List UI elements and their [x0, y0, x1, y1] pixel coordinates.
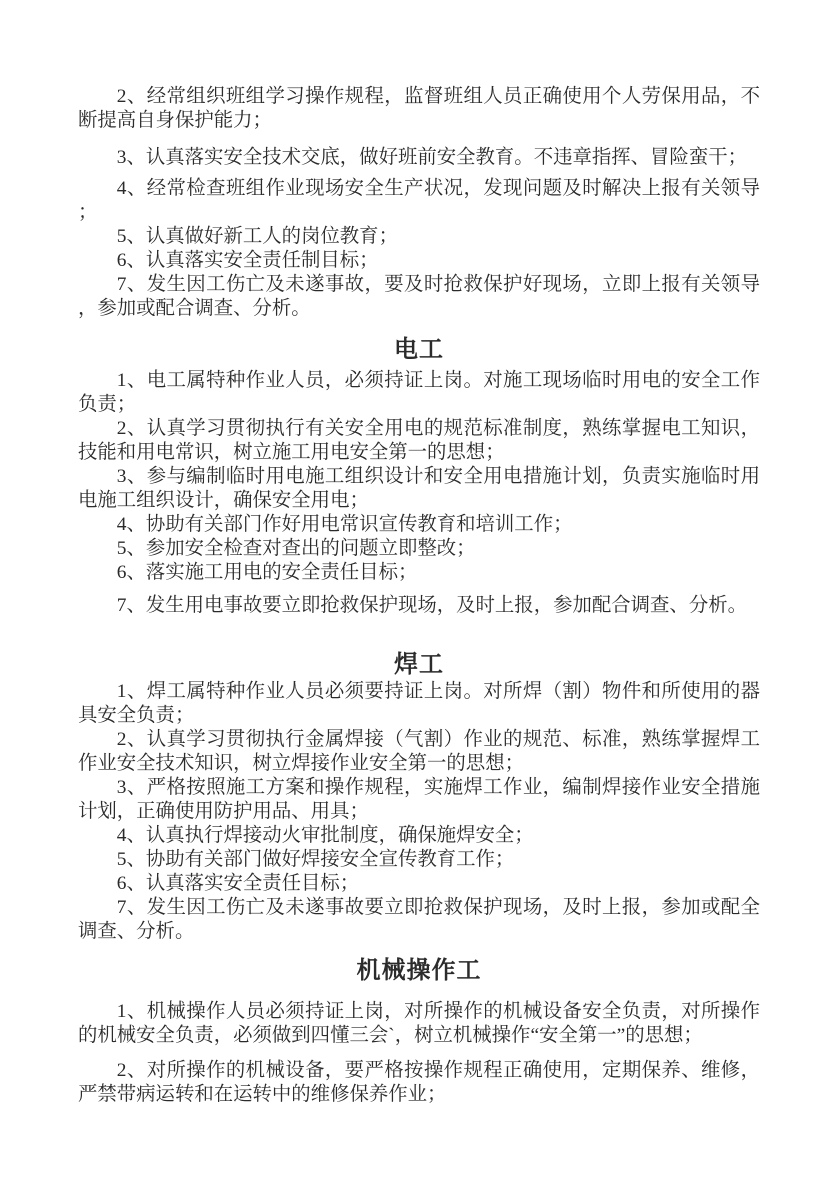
paragraph: 6、认真落实安全责任制目标；	[78, 249, 760, 273]
paragraph: 2、经常组织班组学习操作规程，监督班组人员正确使用个人劳保用品，不断提高自身保护…	[78, 85, 760, 133]
paragraph: 5、认真做好新工人的岗位教育；	[78, 225, 760, 249]
paragraph: 1、机械操作人员必须持证上岗，对所操作的机械设备安全负责，对所操作的机械安全负责…	[78, 1000, 760, 1048]
document-page: 2、经常组织班组学习操作规程，监督班组人员正确使用个人劳保用品，不断提高自身保护…	[0, 0, 838, 1186]
paragraph: 1、电工属特种作业人员，必须持证上岗。对施工现场临时用电的安全工作负责；	[78, 369, 760, 417]
paragraph: 7、发生因工伤亡及未遂事故，要及时抢救保护好现场，立即上报有关领导，参加或配合调…	[78, 273, 760, 321]
section-continued: 2、经常组织班组学习操作规程，监督班组人员正确使用个人劳保用品，不断提高自身保护…	[78, 85, 760, 321]
paragraph: 3、认真落实安全技术交底，做好班前安全教育。不违章指挥、冒险蛮干；	[78, 146, 760, 170]
paragraph: 3、参与编制临时用电施工组织设计和安全用电措施计划，负责实施临时用电施工组织设计…	[78, 465, 760, 513]
paragraph: 4、协助有关部门作好用电常识宣传教育和培训工作；	[78, 513, 760, 537]
paragraph: 5、协助有关部门做好焊接安全宣传教育工作；	[78, 848, 760, 872]
section-welder: 焊工 1、焊工属特种作业人员必须要持证上岗。对所焊（割）物件和所使用的器具安全负…	[78, 650, 760, 944]
paragraph: 4、认真执行焊接动火审批制度，确保施焊安全；	[78, 824, 760, 848]
paragraph: 7、发生用电事故要立即抢救保护现场，及时上报，参加配合调查、分析。	[78, 594, 760, 618]
paragraph: 4、经常检查班组作业现场安全生产状况，发现问题及时解决上报有关领导；	[78, 177, 760, 225]
section-machine-operator: 机械操作工 1、机械操作人员必须持证上岗，对所操作的机械设备安全负责，对所操作的…	[78, 956, 760, 1107]
paragraph: 2、认真学习贯彻执行金属焊接（气割）作业的规范、标准，熟练掌握焊工作业安全技术知…	[78, 728, 760, 776]
paragraph: 3、严格按照施工方案和操作规程，实施焊工作业，编制焊接作业安全措施计划，正确使用…	[78, 776, 760, 824]
section-title-machine-operator: 机械操作工	[78, 956, 760, 986]
paragraph: 2、认真学习贯彻执行有关安全用电的规范标准制度，熟练掌握电工知识，技能和用电常识…	[78, 417, 760, 465]
paragraph: 5、参加安全检查对查出的问题立即整改；	[78, 537, 760, 561]
paragraph: 7、发生因工伤亡及未遂事故要立即抢救保护现场，及时上报，参加或配全调查、分析。	[78, 896, 760, 944]
section-electrician: 电工 1、电工属特种作业人员，必须持证上岗。对施工现场临时用电的安全工作负责； …	[78, 335, 760, 618]
section-title-electrician: 电工	[78, 335, 760, 365]
section-title-welder: 焊工	[78, 650, 760, 680]
paragraph: 2、对所操作的机械设备，要严格按操作规程正确使用，定期保养、维修，严禁带病运转和…	[78, 1059, 760, 1107]
paragraph: 6、认真落实安全责任目标；	[78, 872, 760, 896]
paragraph: 1、焊工属特种作业人员必须要持证上岗。对所焊（割）物件和所使用的器具安全负责；	[78, 680, 760, 728]
paragraph: 6、落实施工用电的安全责任目标；	[78, 561, 760, 585]
